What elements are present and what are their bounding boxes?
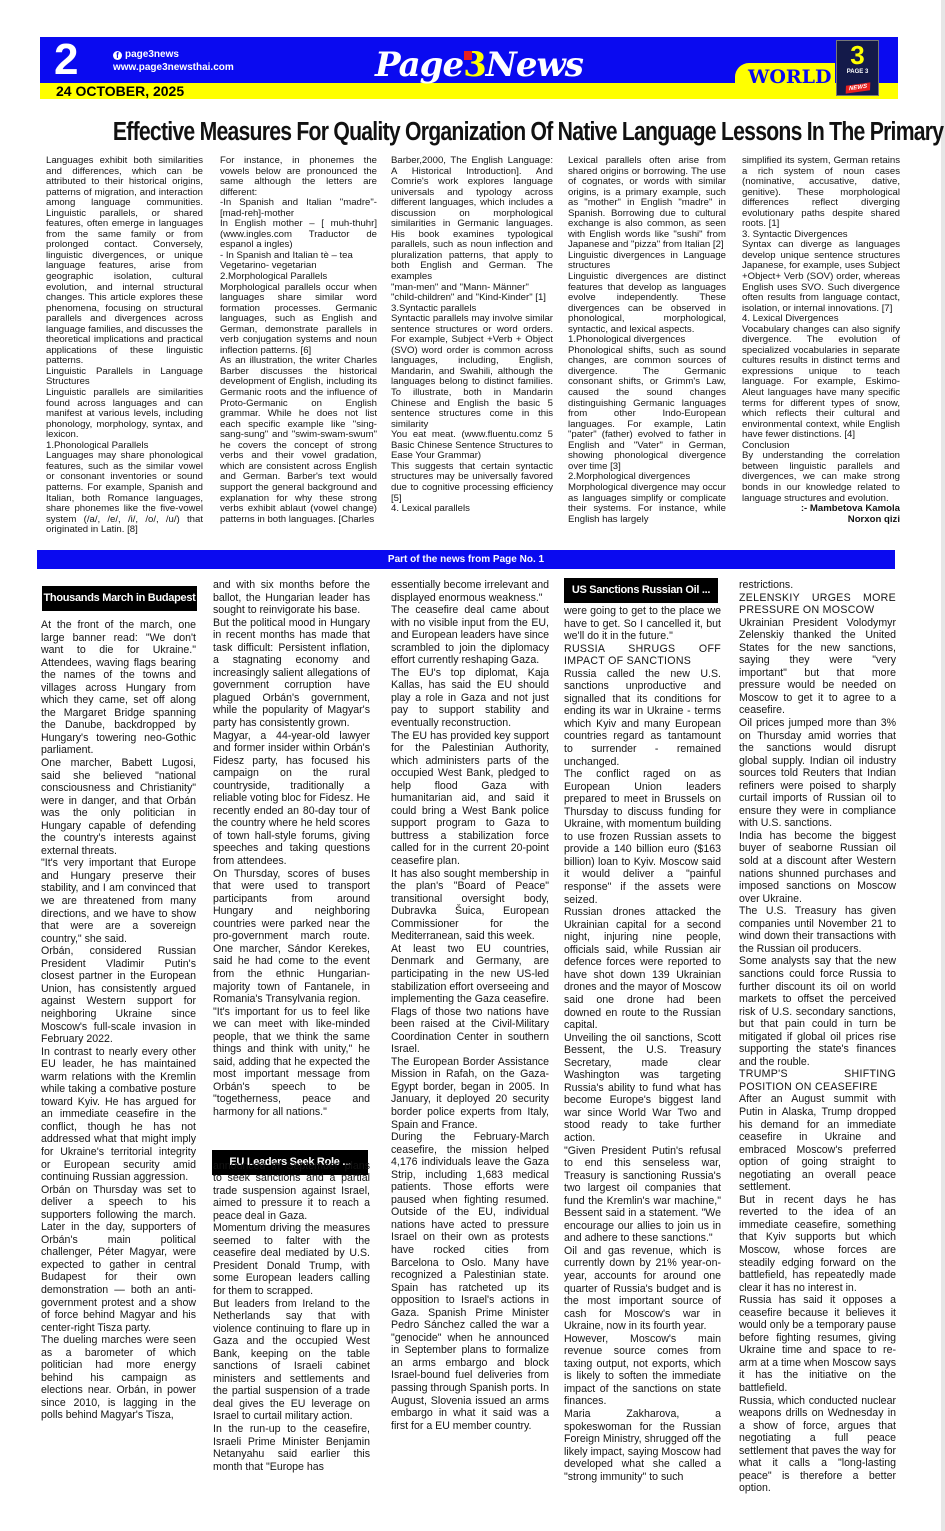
page-number: 2 — [54, 35, 78, 85]
facebook-handle: page3news — [125, 49, 179, 60]
page-edge — [941, 0, 945, 1531]
paragraph: Linguistic divergences are distinct feat… — [568, 272, 726, 335]
article-column-3: Barber,2000, The English Language: A His… — [391, 156, 553, 515]
paragraph: Barber,2000, The English Language: A His… — [391, 156, 553, 283]
news-column-5: restrictions. ZELENSKIY URGES MORE PRESS… — [739, 579, 896, 1495]
paragraph: simplified its system, German retains a … — [742, 156, 900, 230]
article-headline: Effective Measures For Quality Organizat… — [113, 116, 825, 148]
news-column-3: essentially become irrelevant and displa… — [391, 579, 549, 1432]
paragraph: Oil prices jumped more than 3% on Thursd… — [739, 717, 896, 830]
article-column-1: Languages exhibit both similarities and … — [46, 156, 203, 536]
paragraph: Phonological shifts, such as sound chang… — [568, 346, 726, 473]
paragraph: Russia has said it opposes a ceasefire b… — [739, 1294, 896, 1394]
paragraph: Some analysts say that the new sanctions… — [739, 955, 896, 1068]
paragraph: Magyar, a 44-year-old lawyer and former … — [213, 730, 370, 868]
paragraph: Syntactic parallels may involve similar … — [391, 314, 553, 430]
paragraph: India has become the biggest buyer of se… — [739, 830, 896, 905]
author-byline-2: Norxon qizi — [742, 515, 900, 526]
paragraph: "Given President Putin's refusal to end … — [564, 1145, 721, 1245]
paragraph: Orbán on Thursday was set to deliver a s… — [41, 1184, 196, 1335]
paragraph: Momentum driving the measures seemed to … — [213, 1222, 370, 1297]
paragraph: In the run-up to the ceasefire, Israeli … — [213, 1423, 370, 1473]
story-tag-us-sanctions: US Sanctions Russian Oil ... — [564, 578, 718, 603]
paragraph: The dueling marches were seen as a barom… — [41, 1334, 196, 1422]
paragraph: For instance, in phonemes the vowels bel… — [220, 156, 377, 198]
paragraph: Syntax can diverge as languages develop … — [742, 240, 900, 314]
social-links: fpage3news www.page3newsthai.com — [113, 48, 234, 74]
paragraph: The ceasefire deal came about with no vi… — [391, 604, 549, 667]
paragraph: But the political mood in Hungary in rec… — [213, 617, 370, 730]
paragraph: The conflict raged on as European Union … — [564, 768, 721, 906]
facebook-icon: f — [113, 51, 122, 60]
logo-text-news: News — [486, 45, 583, 85]
paragraph: After an August summit with Putin in Ala… — [739, 1093, 896, 1193]
issue-date: 24 OCTOBER, 2025 — [56, 83, 184, 99]
subheading: RUSSIA SHRUGS OFF IMPACT OF SANCTIONS — [564, 643, 721, 668]
page3-badge-icon: 3 PAGE 3 NEWS — [836, 40, 879, 96]
paragraph: announced in September plans to seek san… — [213, 1160, 370, 1223]
news-column-1: At the front of the march, one large ban… — [41, 619, 196, 1422]
paragraph: The EU has provided key support for the … — [391, 730, 549, 868]
paragraph: Lexical parallels often arise from share… — [568, 156, 726, 251]
logo-text-page: Page — [375, 45, 463, 85]
paragraph: restrictions. — [739, 579, 896, 592]
subheading: ZELENSKIY URGES MORE PRESSURE ON MOSCOW — [739, 592, 896, 617]
paragraph: Russia called the new U.S. sanctions unp… — [564, 668, 721, 768]
subheading: 4. Lexical parallels — [391, 504, 553, 515]
story-tag-budapest: Thousands March in Budapest ... — [42, 586, 197, 611]
paragraph: Linguistic parallels are similarities fo… — [46, 388, 203, 441]
paragraph: and with six months before the ballot, t… — [213, 579, 370, 617]
tag-spacer — [213, 1119, 370, 1160]
paragraph: -In Spanish and Italian "madre"- [mad-re… — [220, 198, 377, 219]
paragraph: As an illustration, the writer Charles B… — [220, 356, 377, 525]
paragraph: Morphological divergence may occur as la… — [568, 483, 726, 525]
paragraph: Unveiling the oil sanctions, Scott Besse… — [564, 1032, 721, 1145]
author-byline: :- Mambetova Kamola — [742, 504, 900, 515]
subheading: 2.Morphological Parallels — [220, 272, 377, 283]
badge-number: 3 — [837, 41, 878, 69]
paragraph: This suggests that certain syntactic str… — [391, 462, 553, 504]
article-column-2: For instance, in phonemes the vowels bel… — [220, 156, 377, 525]
paragraph: Oil and gas revenue, which is currently … — [564, 1245, 721, 1333]
website-link[interactable]: www.page3newsthai.com — [113, 61, 234, 74]
paragraph: Russian drones attacked the Ukrainian ca… — [564, 906, 721, 1031]
paragraph: Vocabulary changes can also signify dive… — [742, 325, 900, 441]
paragraph: The U.S. Treasury has given companies un… — [739, 905, 896, 955]
paragraph: essentially become irrelevant and displa… — [391, 579, 549, 604]
paragraph: Languages may share phonological feature… — [46, 451, 203, 535]
section-label: WORLD — [748, 66, 832, 88]
subheading: Linguistic Parallels in Language Structu… — [46, 367, 203, 388]
article-column-4: Lexical parallels often arise from share… — [568, 156, 726, 525]
badge-news: NEWS — [845, 82, 870, 93]
news-column-4: were going to get to the place we have t… — [564, 605, 721, 1483]
paragraph: But leaders from Ireland to the Netherla… — [213, 1298, 370, 1423]
paragraph: You eat meat. (www.fluentu.comz 5 Basic … — [391, 430, 553, 462]
paragraph: During the February-March ceasefire, the… — [391, 1131, 549, 1432]
paragraph: On Thursday, scores of buses that were u… — [213, 868, 370, 1006]
paragraph: In English mother – [ muh-thuhr] (www.in… — [220, 219, 377, 251]
paragraph: Russia, which conducted nuclear weapons … — [739, 1395, 896, 1495]
paragraph: "It's very important that Europe and Hun… — [41, 857, 196, 945]
badge-page: PAGE 3 — [837, 69, 878, 76]
article-column-5: simplified its system, German retains a … — [742, 156, 900, 525]
logo-three: 3 — [463, 45, 486, 85]
paragraph: At least two EU countries, Denmark and G… — [391, 943, 549, 1056]
paragraph: However, Moscow's main revenue source co… — [564, 1333, 721, 1408]
paragraph: "It's important for us to feel like we c… — [213, 1006, 370, 1119]
paragraph: were going to get to the place we have t… — [564, 605, 721, 643]
paragraph: The EU's top diplomat, Kaja Kallas, has … — [391, 667, 549, 730]
subheading: TRUMP'S SHIFTING POSITION ON CEASEFIRE — [739, 1068, 896, 1093]
paragraph: Ukrainian President Volodymyr Zelenskiy … — [739, 617, 896, 717]
paragraph: One marcher, Babett Lugosi, said she bel… — [41, 757, 196, 857]
masthead: 2 fpage3news www.page3newsthai.com 24 OC… — [40, 37, 898, 99]
newspaper-logo: Page3News — [375, 45, 583, 85]
paragraph: Maria Zakharova, a spokeswoman for the R… — [564, 1408, 721, 1483]
paragraph: But in recent days he has reverted to th… — [739, 1194, 896, 1294]
continued-from-page-1-bar: Part of the news from Page No. 1 — [37, 550, 895, 569]
paragraph: The European Border Assistance Mission i… — [391, 1056, 549, 1131]
paragraph: By understanding the correlation between… — [742, 451, 900, 504]
paragraph: Orbán, considered Russian President Vlad… — [41, 945, 196, 1045]
paragraph: It has also sought membership in the pla… — [391, 868, 549, 943]
paragraph: Languages exhibit both similarities and … — [46, 156, 203, 367]
paragraph: At the front of the march, one large ban… — [41, 619, 196, 757]
subheading: Linguistic divergences in Language struc… — [568, 251, 726, 272]
paragraph: Morphological parallels occur when langu… — [220, 283, 377, 357]
facebook-link[interactable]: fpage3news — [113, 48, 234, 61]
paragraph: In contrast to nearly every other EU lea… — [41, 1046, 196, 1184]
news-column-2: and with six months before the ballot, t… — [213, 579, 370, 1473]
